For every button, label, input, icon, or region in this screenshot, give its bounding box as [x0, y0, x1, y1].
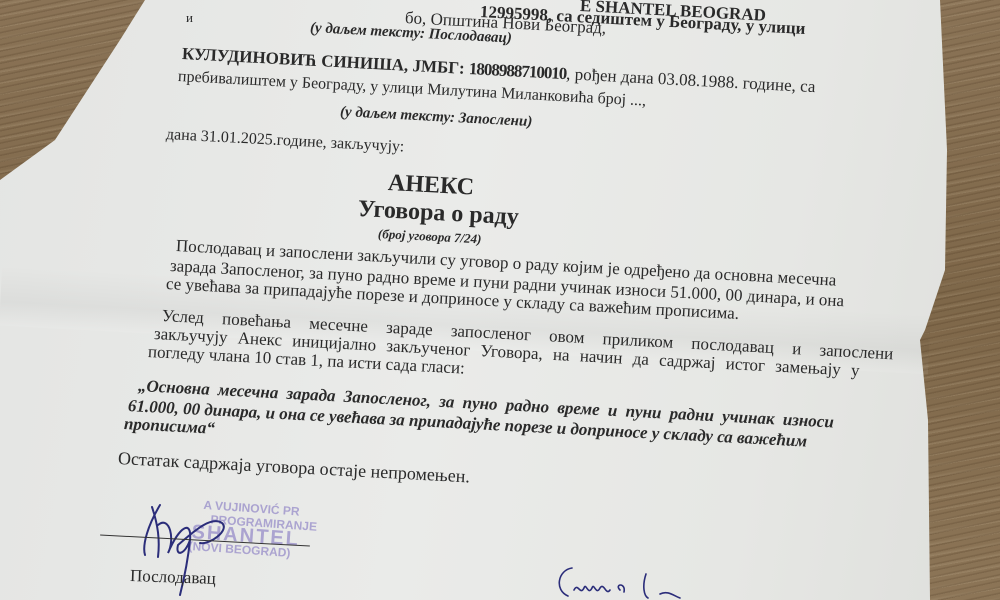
- employee-reference: (у даљем тексту: Запослени): [340, 104, 533, 131]
- closing-line: Остатак садржаја уговора остаје непромењ…: [117, 448, 470, 487]
- quote-line3: прописима“: [123, 414, 215, 439]
- document-content: E SHANTEL BEOGRAD 12995998, са седиштем …: [0, 0, 1000, 600]
- employee-jmbg: 1808988710010: [468, 59, 566, 83]
- employee-signature: [550, 560, 720, 600]
- document-title: АНЕКС: [387, 170, 474, 201]
- date-line: дана 31.01.2025.године, закључују:: [166, 126, 405, 156]
- employer-label: Послодавац: [130, 566, 217, 589]
- contract-number: (број уговора 7/24): [378, 226, 482, 247]
- and-conjunction: и: [186, 10, 193, 26]
